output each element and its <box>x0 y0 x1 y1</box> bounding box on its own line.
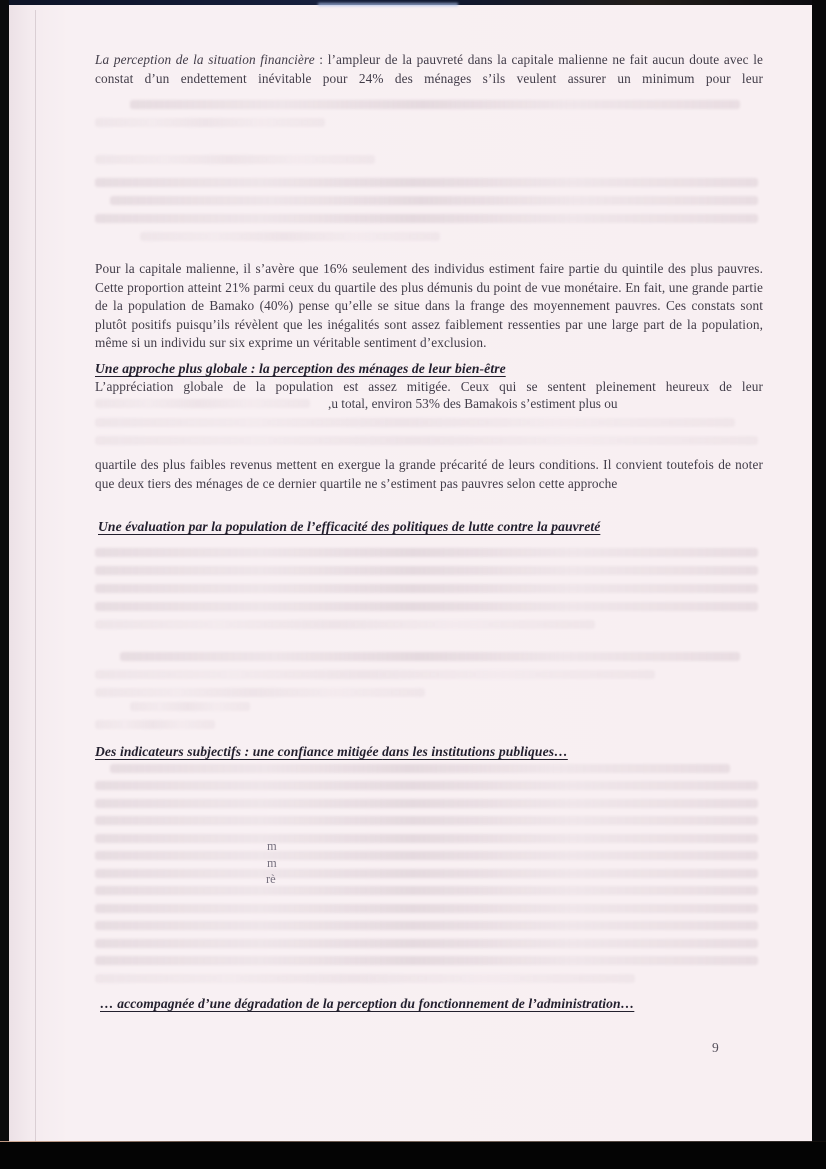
ghost-text-line <box>95 851 758 860</box>
paragraph-financial-perception: La perception de la situation financière… <box>95 51 763 88</box>
stray-letter-3: rè <box>266 871 276 888</box>
ghost-text-line <box>95 956 758 965</box>
text-fragment-53-percent: ,u total, environ 53% des Bamakois s’est… <box>328 395 618 413</box>
page-number: 9 <box>712 1040 719 1056</box>
scan-edge-bottom-bar <box>0 1142 826 1169</box>
stray-letter-2: m <box>267 855 277 872</box>
ghost-text-line <box>130 100 740 109</box>
ghost-text-line <box>95 214 758 223</box>
ghost-text-line <box>140 232 440 241</box>
stray-letter-1: m <box>267 838 277 855</box>
ghost-text-line <box>95 118 325 127</box>
heading-approche-globale: Une approche plus globale : la perceptio… <box>95 360 763 377</box>
ghost-text-line <box>95 781 758 790</box>
scan-edge-blue-glow <box>318 3 458 6</box>
heading-indicateurs-underlined: dans les institutions publiques… <box>382 744 568 759</box>
paragraph-quartile: quartile des plus faibles revenus metten… <box>95 456 763 493</box>
ghost-text-line <box>110 196 758 205</box>
ghost-text-line <box>95 688 425 697</box>
ghost-text-line <box>95 602 758 611</box>
ghost-text-line <box>130 702 250 711</box>
ghost-text-line <box>110 764 730 773</box>
scanned-document-canvas: La perception de la situation financière… <box>0 0 826 1169</box>
scan-edge-left <box>0 0 9 1169</box>
ghost-text-line <box>95 436 758 445</box>
intro-lead-italic: La perception de la situation financière <box>95 52 315 67</box>
heading-indicateurs-unmarked: Des indicateurs subjectifs : une confian… <box>95 744 382 759</box>
ghost-text-line <box>95 399 310 408</box>
ghost-text-line <box>95 886 758 895</box>
scan-edge-right <box>812 0 826 1169</box>
heading-evaluation-politiques: Une évaluation par la population de l’ef… <box>98 518 766 535</box>
ghost-text-line <box>95 178 758 187</box>
ghost-text-line <box>95 670 655 679</box>
ghost-text-line <box>95 869 758 878</box>
paragraph-quintile: Pour la capitale malienne, il s’avère qu… <box>95 260 763 353</box>
ghost-text-line <box>95 939 758 948</box>
ghost-text-line <box>95 834 758 843</box>
ghost-text-line <box>95 799 758 808</box>
heading-administration: … accompagnée d’une dégradation de la pe… <box>100 995 790 1012</box>
ghost-text-line <box>95 418 735 427</box>
ghost-text-line <box>95 620 595 629</box>
ghost-text-line <box>95 720 215 729</box>
ghost-text-line <box>95 584 758 593</box>
ghost-text-line <box>95 155 375 164</box>
ghost-text-line <box>120 652 740 661</box>
ghost-text-line <box>95 816 758 825</box>
ghost-text-line <box>95 974 635 983</box>
page-content-layer: La perception de la situation financière… <box>0 0 826 1169</box>
ghost-text-line <box>95 921 758 930</box>
heading-indicateurs-subjectifs: Des indicateurs subjectifs : une confian… <box>95 743 795 760</box>
ghost-text-line <box>95 548 758 557</box>
ghost-text-line <box>95 566 758 575</box>
ghost-text-line <box>95 904 758 913</box>
paragraph-appreciation: L’appréciation globale de la population … <box>95 378 763 397</box>
